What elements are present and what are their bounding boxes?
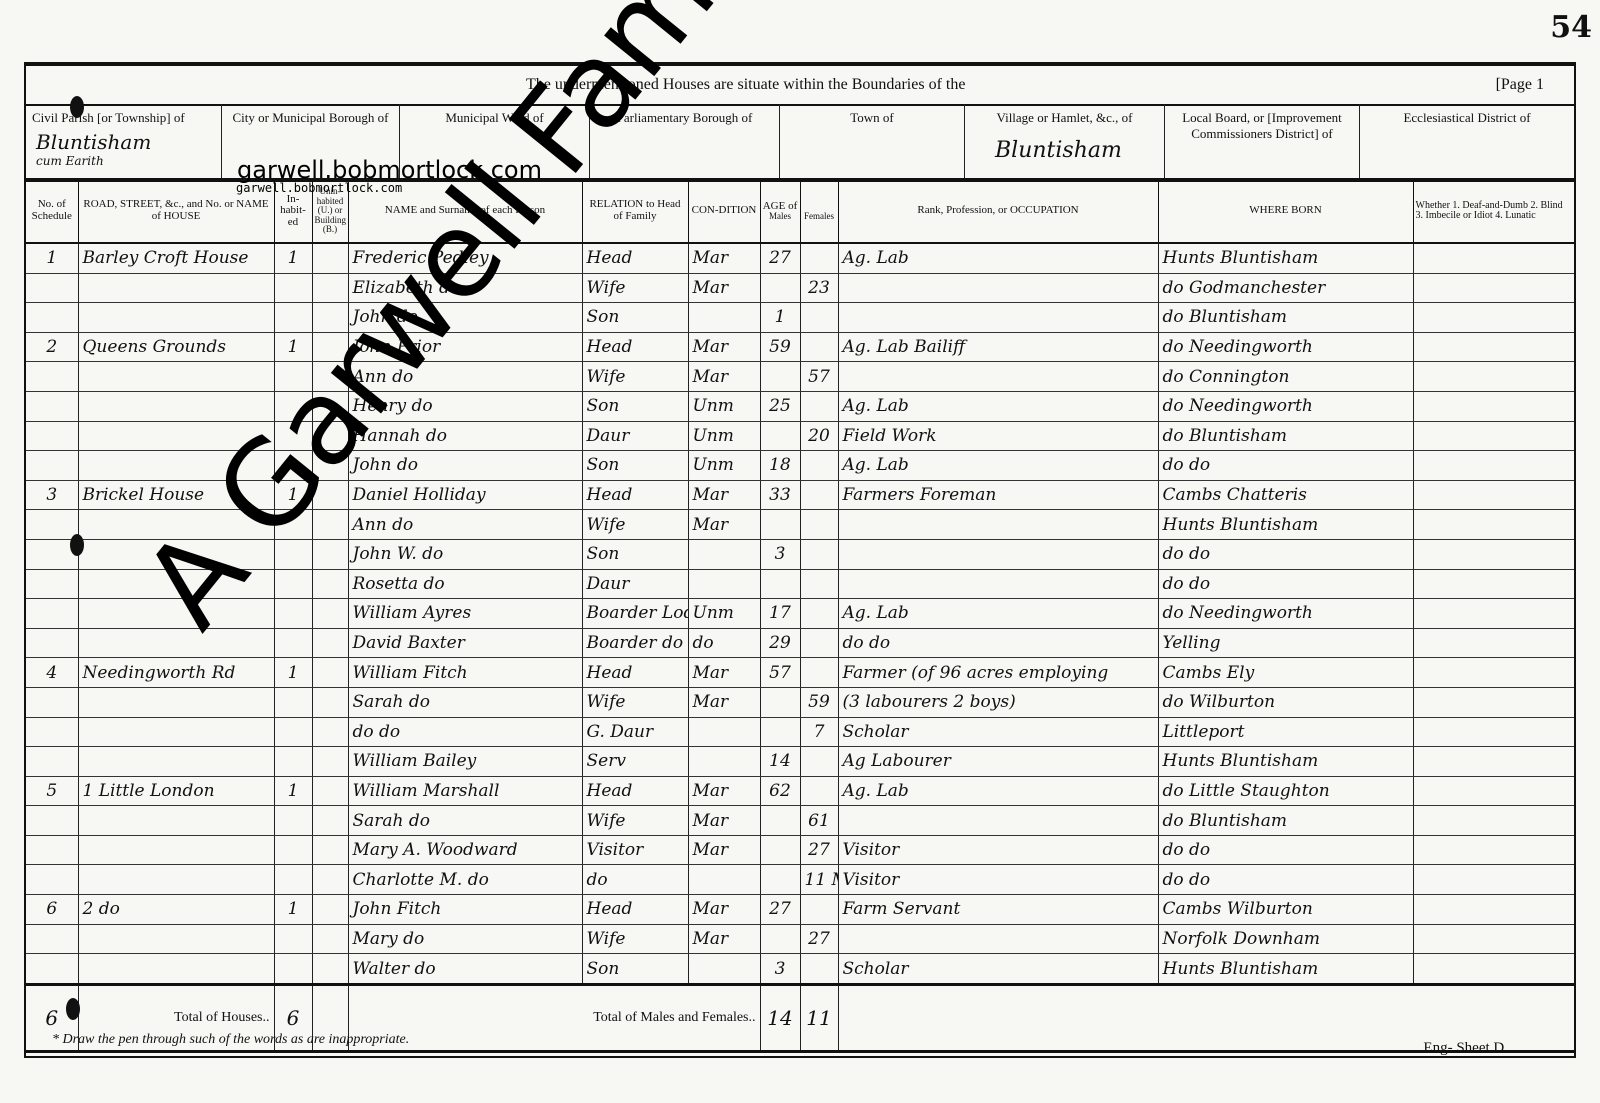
col-condition: CON-DITION [688, 180, 760, 243]
cell-inhabited [274, 421, 312, 451]
table-row: John W. doSon3do do [26, 539, 1574, 569]
cell-name: John do [348, 451, 582, 481]
cell-female-age: 57 [800, 362, 838, 392]
cell-female-age [800, 243, 838, 273]
cell-blank [1413, 421, 1574, 451]
table-row: 1Barley Croft House1Frederic PedleyHeadM… [26, 243, 1574, 273]
cell-male-age [760, 687, 800, 717]
cell-female-age [800, 569, 838, 599]
cell-male-age: 18 [760, 451, 800, 481]
cell-relation: Head [582, 332, 688, 362]
cell-blank [1413, 599, 1574, 629]
table-row: do doG. Daur7ScholarLittleport [26, 717, 1574, 747]
sheet-reference: Eng- Sheet D. [1423, 1040, 1508, 1057]
cell-inhabited: 1 [274, 895, 312, 925]
cell-blank [1413, 954, 1574, 985]
cell-schedule [26, 747, 78, 777]
cell-relation: Head [582, 776, 688, 806]
column-header-row: No. of Schedule ROAD, STREET, &c., and N… [26, 180, 1574, 243]
cell-born: Hunts Bluntisham [1158, 747, 1413, 777]
cell-schedule [26, 806, 78, 836]
cell-occupation [838, 273, 1158, 303]
cell-blank [312, 865, 348, 895]
cell-occupation: do do [838, 628, 1158, 658]
cell-road [78, 391, 274, 421]
cell-relation: Wife [582, 510, 688, 540]
cell-condition: Mar [688, 806, 760, 836]
cell-relation: Son [582, 303, 688, 333]
cell-blank [1413, 273, 1574, 303]
cell-female-age: 20 [800, 421, 838, 451]
cell-blank [312, 628, 348, 658]
cell-inhabited [274, 362, 312, 392]
cell-female-age: 23 [800, 273, 838, 303]
cell-blank [1413, 776, 1574, 806]
cell-female-age: 11 Mo [800, 865, 838, 895]
cell-occupation: Ag. Lab [838, 451, 1158, 481]
cell-road [78, 924, 274, 954]
table-row: Ann doWifeMarHunts Bluntisham [26, 510, 1574, 540]
cell-female-age [800, 391, 838, 421]
females-label: Females [803, 212, 836, 221]
footnote: * Draw the pen through such of the words… [52, 1032, 409, 1048]
cell-male-age: 62 [760, 776, 800, 806]
cell-inhabited [274, 954, 312, 985]
cell-relation: Wife [582, 362, 688, 392]
cell-name: John Fitch [348, 895, 582, 925]
table-row: William AyresBoarder LodgerUnm17Ag. Labd… [26, 599, 1574, 629]
cell-male-age: 3 [760, 539, 800, 569]
cell-male-age: 59 [760, 332, 800, 362]
cell-name: do do [348, 717, 582, 747]
cell-male-age: 27 [760, 895, 800, 925]
cell-blank [1413, 510, 1574, 540]
cell-name: Ann do [348, 510, 582, 540]
cell-inhabited [274, 303, 312, 333]
cell-inhabited [274, 599, 312, 629]
cell-female-age [800, 303, 838, 333]
cell-name: Sarah do [348, 806, 582, 836]
cell-road [78, 687, 274, 717]
cell-relation: G. Daur [582, 717, 688, 747]
cell-blank [312, 332, 348, 362]
cell-relation: Head [582, 895, 688, 925]
cell-relation: Head [582, 243, 688, 273]
box-value: Bluntisham [36, 130, 151, 154]
cell-name: Daniel Holliday [348, 480, 582, 510]
cell-schedule [26, 569, 78, 599]
box-ecclesiastical-district: Ecclesiastical District of [1360, 104, 1574, 178]
cell-inhabited [274, 510, 312, 540]
cell-name: Ann do [348, 362, 582, 392]
cell-born: Littleport [1158, 717, 1413, 747]
total-males: 14 [760, 984, 800, 1051]
cell-name: John do [348, 303, 582, 333]
cell-road: Needingworth Rd [78, 658, 274, 688]
cell-condition: Mar [688, 362, 760, 392]
cell-blank [1413, 924, 1574, 954]
box-village: Village or Hamlet, &c., of Bluntisham [965, 104, 1165, 178]
col-schedule: No. of Schedule [26, 180, 78, 243]
cell-born: do Wilburton [1158, 687, 1413, 717]
cell-road [78, 806, 274, 836]
cell-male-age [760, 273, 800, 303]
cell-inhabited: 1 [274, 658, 312, 688]
cell-blank [312, 924, 348, 954]
cell-female-age: 27 [800, 835, 838, 865]
cell-road [78, 421, 274, 451]
table-row: Rosetta doDaurdo do [26, 569, 1574, 599]
cell-relation: Wife [582, 924, 688, 954]
cell-male-age [760, 806, 800, 836]
table-row: John doSon1do Bluntisham [26, 303, 1574, 333]
cell-female-age [800, 776, 838, 806]
cell-born: do Bluntisham [1158, 421, 1413, 451]
cell-schedule [26, 421, 78, 451]
cell-female-age [800, 451, 838, 481]
col-age-males: AGE ofMales [760, 180, 800, 243]
cell-blank [312, 895, 348, 925]
cell-blank [312, 391, 348, 421]
cell-schedule: 4 [26, 658, 78, 688]
cell-born: do Little Staughton [1158, 776, 1413, 806]
cell-name: John W. do [348, 539, 582, 569]
cell-condition [688, 954, 760, 985]
col-where-born: WHERE BORN [1158, 180, 1413, 243]
cell-road [78, 717, 274, 747]
cell-condition: Mar [688, 924, 760, 954]
cell-condition [688, 717, 760, 747]
cell-condition: Mar [688, 480, 760, 510]
cell-name: Elizabeth do [348, 273, 582, 303]
cell-condition: Unm [688, 421, 760, 451]
box-civil-parish: Civil Parish [or Township] of Bluntisham… [26, 104, 222, 178]
cell-occupation: Ag. Lab [838, 599, 1158, 629]
cell-road [78, 747, 274, 777]
cell-born: do do [1158, 451, 1413, 481]
table-row: Sarah doWifeMar59(3 labourers 2 boys)do … [26, 687, 1574, 717]
cell-male-age [760, 865, 800, 895]
table-row: Mary doWifeMar27Norfolk Downham [26, 924, 1574, 954]
cell-occupation: Farm Servant [838, 895, 1158, 925]
box-value: Bluntisham [995, 138, 1122, 163]
cell-female-age [800, 658, 838, 688]
cell-blank [312, 717, 348, 747]
cell-male-age: 57 [760, 658, 800, 688]
cell-female-age [800, 510, 838, 540]
cell-occupation: Ag Labourer [838, 747, 1158, 777]
cell-male-age: 29 [760, 628, 800, 658]
table-row: Elizabeth doWifeMar23do Godmanchester [26, 273, 1574, 303]
cell-name: Hannah do [348, 421, 582, 451]
cell-condition: Mar [688, 332, 760, 362]
cell-condition: Mar [688, 835, 760, 865]
cell-occupation [838, 569, 1158, 599]
cell-inhabited [274, 451, 312, 481]
cell-female-age [800, 539, 838, 569]
cell-female-age [800, 895, 838, 925]
cell-condition: Unm [688, 599, 760, 629]
cell-occupation [838, 806, 1158, 836]
cell-blank [312, 243, 348, 273]
cell-occupation: Visitor [838, 835, 1158, 865]
sheet-title: The undermentioned Houses are situate wi… [526, 76, 965, 94]
col-name: NAME and Surname of each Person [348, 180, 582, 243]
cell-inhabited: 1 [274, 243, 312, 273]
cell-blank [312, 421, 348, 451]
cell-female-age: 59 [800, 687, 838, 717]
cell-born: do Godmanchester [1158, 273, 1413, 303]
cell-blank [1413, 717, 1574, 747]
cell-male-age: 27 [760, 243, 800, 273]
cell-born: do Connington [1158, 362, 1413, 392]
cell-born: do Needingworth [1158, 391, 1413, 421]
ink-blot [70, 534, 84, 556]
box-label: Parliamentary Borough of [617, 110, 753, 125]
box-municipal-ward: Municipal Ward of [400, 104, 590, 178]
cell-occupation [838, 539, 1158, 569]
cell-relation: Son [582, 391, 688, 421]
cell-road: 2 do [78, 895, 274, 925]
cell-male-age [760, 421, 800, 451]
cell-male-age: 17 [760, 599, 800, 629]
cell-inhabited [274, 687, 312, 717]
cell-blank [312, 806, 348, 836]
cell-condition: Mar [688, 243, 760, 273]
cell-blank [312, 303, 348, 333]
cell-blank [312, 273, 348, 303]
cell-blank [1413, 747, 1574, 777]
cell-road [78, 628, 274, 658]
cell-blank [312, 569, 348, 599]
cell-relation: Boarder do [582, 628, 688, 658]
cell-male-age [760, 924, 800, 954]
cell-relation: Son [582, 451, 688, 481]
cell-male-age: 33 [760, 480, 800, 510]
cell-inhabited: 1 [274, 332, 312, 362]
cell-road: Brickel House [78, 480, 274, 510]
cell-road [78, 303, 274, 333]
males-label: Males [763, 212, 798, 221]
cell-condition [688, 747, 760, 777]
cell-condition: Mar [688, 273, 760, 303]
cell-female-age [800, 747, 838, 777]
cell-female-age [800, 628, 838, 658]
cell-name: David Baxter [348, 628, 582, 658]
total-persons-label: Total of Males and Females.. [348, 984, 760, 1051]
box-label: Civil Parish [or Township] of [32, 110, 185, 125]
table-row: 4Needingworth Rd1William FitchHeadMar57F… [26, 658, 1574, 688]
census-table: No. of Schedule ROAD, STREET, &c., and N… [26, 180, 1574, 1053]
cell-blank [1413, 806, 1574, 836]
col-road: ROAD, STREET, &c., and No. or NAME of HO… [78, 180, 274, 243]
cell-female-age: 61 [800, 806, 838, 836]
cell-blank [1413, 628, 1574, 658]
cell-name: Frederic Pedley [348, 243, 582, 273]
cell-blank [1413, 332, 1574, 362]
cell-condition: Mar [688, 776, 760, 806]
box-label: Village or Hamlet, &c., of [996, 110, 1132, 125]
cell-relation: Son [582, 539, 688, 569]
cell-inhabited [274, 273, 312, 303]
cell-occupation [838, 362, 1158, 392]
cell-relation: Wife [582, 806, 688, 836]
cell-condition [688, 569, 760, 599]
cell-female-age [800, 599, 838, 629]
cell-road [78, 362, 274, 392]
cell-condition [688, 865, 760, 895]
cell-inhabited [274, 806, 312, 836]
cell-schedule: 6 [26, 895, 78, 925]
cell-blank [312, 776, 348, 806]
cell-schedule [26, 954, 78, 985]
box-municipal-borough: City or Municipal Borough of [222, 104, 400, 178]
cell-born: Norfolk Downham [1158, 924, 1413, 954]
table-row: Henry doSonUnm25Ag. Labdo Needingworth [26, 391, 1574, 421]
cell-condition: Unm [688, 451, 760, 481]
cell-blank [1413, 569, 1574, 599]
cell-occupation: (3 labourers 2 boys) [838, 687, 1158, 717]
cell-road [78, 599, 274, 629]
cell-schedule [26, 599, 78, 629]
cell-road [78, 835, 274, 865]
cell-condition: Unm [688, 391, 760, 421]
cell-blank [312, 510, 348, 540]
box-label: City or Municipal Borough of [233, 110, 389, 125]
cell-relation: Boarder Lodger [582, 599, 688, 629]
cell-male-age: 25 [760, 391, 800, 421]
cell-occupation: Scholar [838, 717, 1158, 747]
cell-female-age [800, 480, 838, 510]
cell-road [78, 273, 274, 303]
cell-relation: Head [582, 480, 688, 510]
table-row: Hannah doDaurUnm20Field Workdo Bluntisha… [26, 421, 1574, 451]
cell-born: do Needingworth [1158, 332, 1413, 362]
box-parliamentary-borough: Parliamentary Borough of [590, 104, 780, 178]
cell-condition [688, 539, 760, 569]
cell-male-age [760, 569, 800, 599]
cell-male-age: 1 [760, 303, 800, 333]
cell-name: William Bailey [348, 747, 582, 777]
cell-blank [312, 835, 348, 865]
cell-inhabited [274, 747, 312, 777]
cell-born: do do [1158, 569, 1413, 599]
cell-blank [1413, 865, 1574, 895]
cell-occupation: Ag. Lab [838, 776, 1158, 806]
cell-blank [312, 480, 348, 510]
cell-road: Barley Croft House [78, 243, 274, 273]
box-local-board: Local Board, or [Improvement Commissione… [1165, 104, 1360, 178]
cell-inhabited: 1 [274, 480, 312, 510]
total-females: 11 [800, 984, 838, 1051]
cell-born: Hunts Bluntisham [1158, 243, 1413, 273]
cell-born: Hunts Bluntisham [1158, 954, 1413, 985]
cell-occupation: Visitor [838, 865, 1158, 895]
cell-blank [312, 451, 348, 481]
cell-relation: Wife [582, 273, 688, 303]
cell-schedule [26, 717, 78, 747]
cell-born: Cambs Wilburton [1158, 895, 1413, 925]
cell-road [78, 954, 274, 985]
table-row: William BaileyServ14Ag LabourerHunts Blu… [26, 747, 1574, 777]
cell-female-age: 7 [800, 717, 838, 747]
cell-condition: Mar [688, 510, 760, 540]
cell-name: Mary do [348, 924, 582, 954]
cell-road [78, 539, 274, 569]
cell-name: John Prior [348, 332, 582, 362]
ink-blot [70, 96, 84, 118]
cell-relation: do [582, 865, 688, 895]
cell-road [78, 569, 274, 599]
cell-relation: Wife [582, 687, 688, 717]
cell-occupation: Farmers Foreman [838, 480, 1158, 510]
box-label: Town of [850, 110, 894, 125]
cell-born: do do [1158, 835, 1413, 865]
table-row: Mary A. WoodwardVisitorMar27Visitordo do [26, 835, 1574, 865]
cell-occupation: Ag. Lab Bailiff [838, 332, 1158, 362]
cell-occupation: Ag. Lab [838, 391, 1158, 421]
cell-road [78, 510, 274, 540]
cell-schedule [26, 391, 78, 421]
cell-born: do do [1158, 539, 1413, 569]
cell-blank [312, 599, 348, 629]
cell-name: Sarah do [348, 687, 582, 717]
cell-blank [1413, 835, 1574, 865]
box-label: Municipal Ward of [445, 110, 543, 125]
cell-schedule [26, 865, 78, 895]
cell-born: do Bluntisham [1158, 303, 1413, 333]
box-label: Ecclesiastical District of [1403, 110, 1530, 125]
page-number: 54 [1550, 10, 1592, 45]
cell-female-age [800, 954, 838, 985]
boundary-header: Civil Parish [or Township] of Bluntisham… [26, 104, 1574, 182]
cell-occupation: Scholar [838, 954, 1158, 985]
table-row: 2Queens Grounds1John PriorHeadMar59Ag. L… [26, 332, 1574, 362]
cell-blank [1413, 480, 1574, 510]
cell-schedule [26, 924, 78, 954]
cell-blank [312, 658, 348, 688]
cell-schedule: 2 [26, 332, 78, 362]
cell-schedule [26, 451, 78, 481]
cell-blank [1413, 658, 1574, 688]
cell-blank [1413, 362, 1574, 392]
cell-schedule [26, 687, 78, 717]
box-label: Local Board, or [Improvement Commissione… [1182, 110, 1342, 141]
col-whether: Whether 1. Deaf-and-Dumb 2. Blind 3. Imb… [1413, 180, 1574, 243]
cell-born: do Needingworth [1158, 599, 1413, 629]
cell-blank [312, 954, 348, 985]
cell-blank [1413, 243, 1574, 273]
cell-relation: Head [582, 658, 688, 688]
cell-occupation [838, 510, 1158, 540]
cell-born: Yelling [1158, 628, 1413, 658]
box-value-sub: cum Earith [36, 154, 104, 168]
cell-condition: Mar [688, 658, 760, 688]
col-inhabited: In-habit-ed [274, 180, 312, 243]
cell-schedule: 3 [26, 480, 78, 510]
cell-name: Henry do [348, 391, 582, 421]
cell-schedule [26, 835, 78, 865]
cell-condition: Mar [688, 895, 760, 925]
cell-occupation: Farmer (of 96 acres employing [838, 658, 1158, 688]
cell-born: do Bluntisham [1158, 806, 1413, 836]
cell-inhabited [274, 865, 312, 895]
cell-inhabited [274, 539, 312, 569]
cell-road: Queens Grounds [78, 332, 274, 362]
table-row: 62 do1John FitchHeadMar27Farm ServantCam… [26, 895, 1574, 925]
cell-male-age [760, 835, 800, 865]
cell-name: William Fitch [348, 658, 582, 688]
